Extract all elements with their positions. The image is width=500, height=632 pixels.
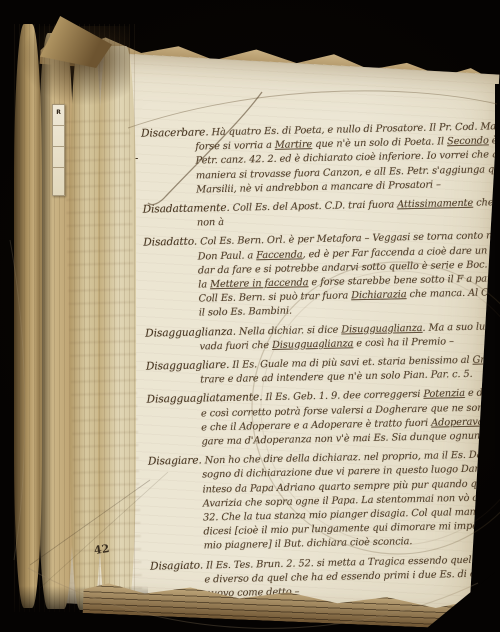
dictionary-entry: Disagiare.Non ho che dire della dichiara… xyxy=(148,444,500,555)
dictionary-entry: Disadattamente.Coll Es. del Apost. C.D. … xyxy=(142,192,499,232)
entry-headword: Disadatto. xyxy=(143,236,197,249)
line-text: Nella dichiar. si dice Disugguaglianza. … xyxy=(239,320,500,337)
entries: Disacerbare.Hà quatro Es. di Poeta, e nu… xyxy=(141,116,499,607)
entry-headword: Disagiare. xyxy=(148,455,202,468)
manuscript-photo: ····· ····· + Disacerbare.Hà quatro Es. … xyxy=(0,0,500,632)
entry-headword: Disagguagliatamente. xyxy=(147,392,263,406)
entry-headword: Disadattamente. xyxy=(143,202,230,216)
dictionary-entry: Disagguaglianza.Nella dichiar. si dice D… xyxy=(145,315,499,355)
entry-headword: Disacerbare. xyxy=(141,126,209,139)
entry-headword: Disagguagliare. xyxy=(146,359,230,373)
bleedthrough-text-rows xyxy=(64,119,142,591)
thumb-tab: R xyxy=(52,104,65,196)
line-text: non à xyxy=(197,217,224,229)
line-text: mio piagnere] il But. dichiara cioè scon… xyxy=(204,537,413,552)
dictionary-entry: Disagguagliare.Il Es. Guale ma di più sa… xyxy=(146,349,500,389)
line-text: il solo Es. Bambini. xyxy=(199,306,292,319)
entry-headword: Disagiato. xyxy=(150,559,203,572)
dictionary-entry: Disacerbare.Hà quatro Es. di Poeta, e nu… xyxy=(141,116,499,199)
dictionary-entry: Disagguagliatamente.Il Es. Geb. 1. 9. de… xyxy=(146,382,499,451)
entry-headword: Disagguaglianza. xyxy=(145,325,236,339)
book-binding-edges xyxy=(0,0,148,632)
dictionary-entry: Disadatto.Col Es. Bern. Orl. è per Metaf… xyxy=(143,225,499,322)
folio-number: 42 xyxy=(93,543,110,556)
right-edge-shadow xyxy=(495,84,500,584)
thumb-tab-letter: R xyxy=(53,110,64,116)
